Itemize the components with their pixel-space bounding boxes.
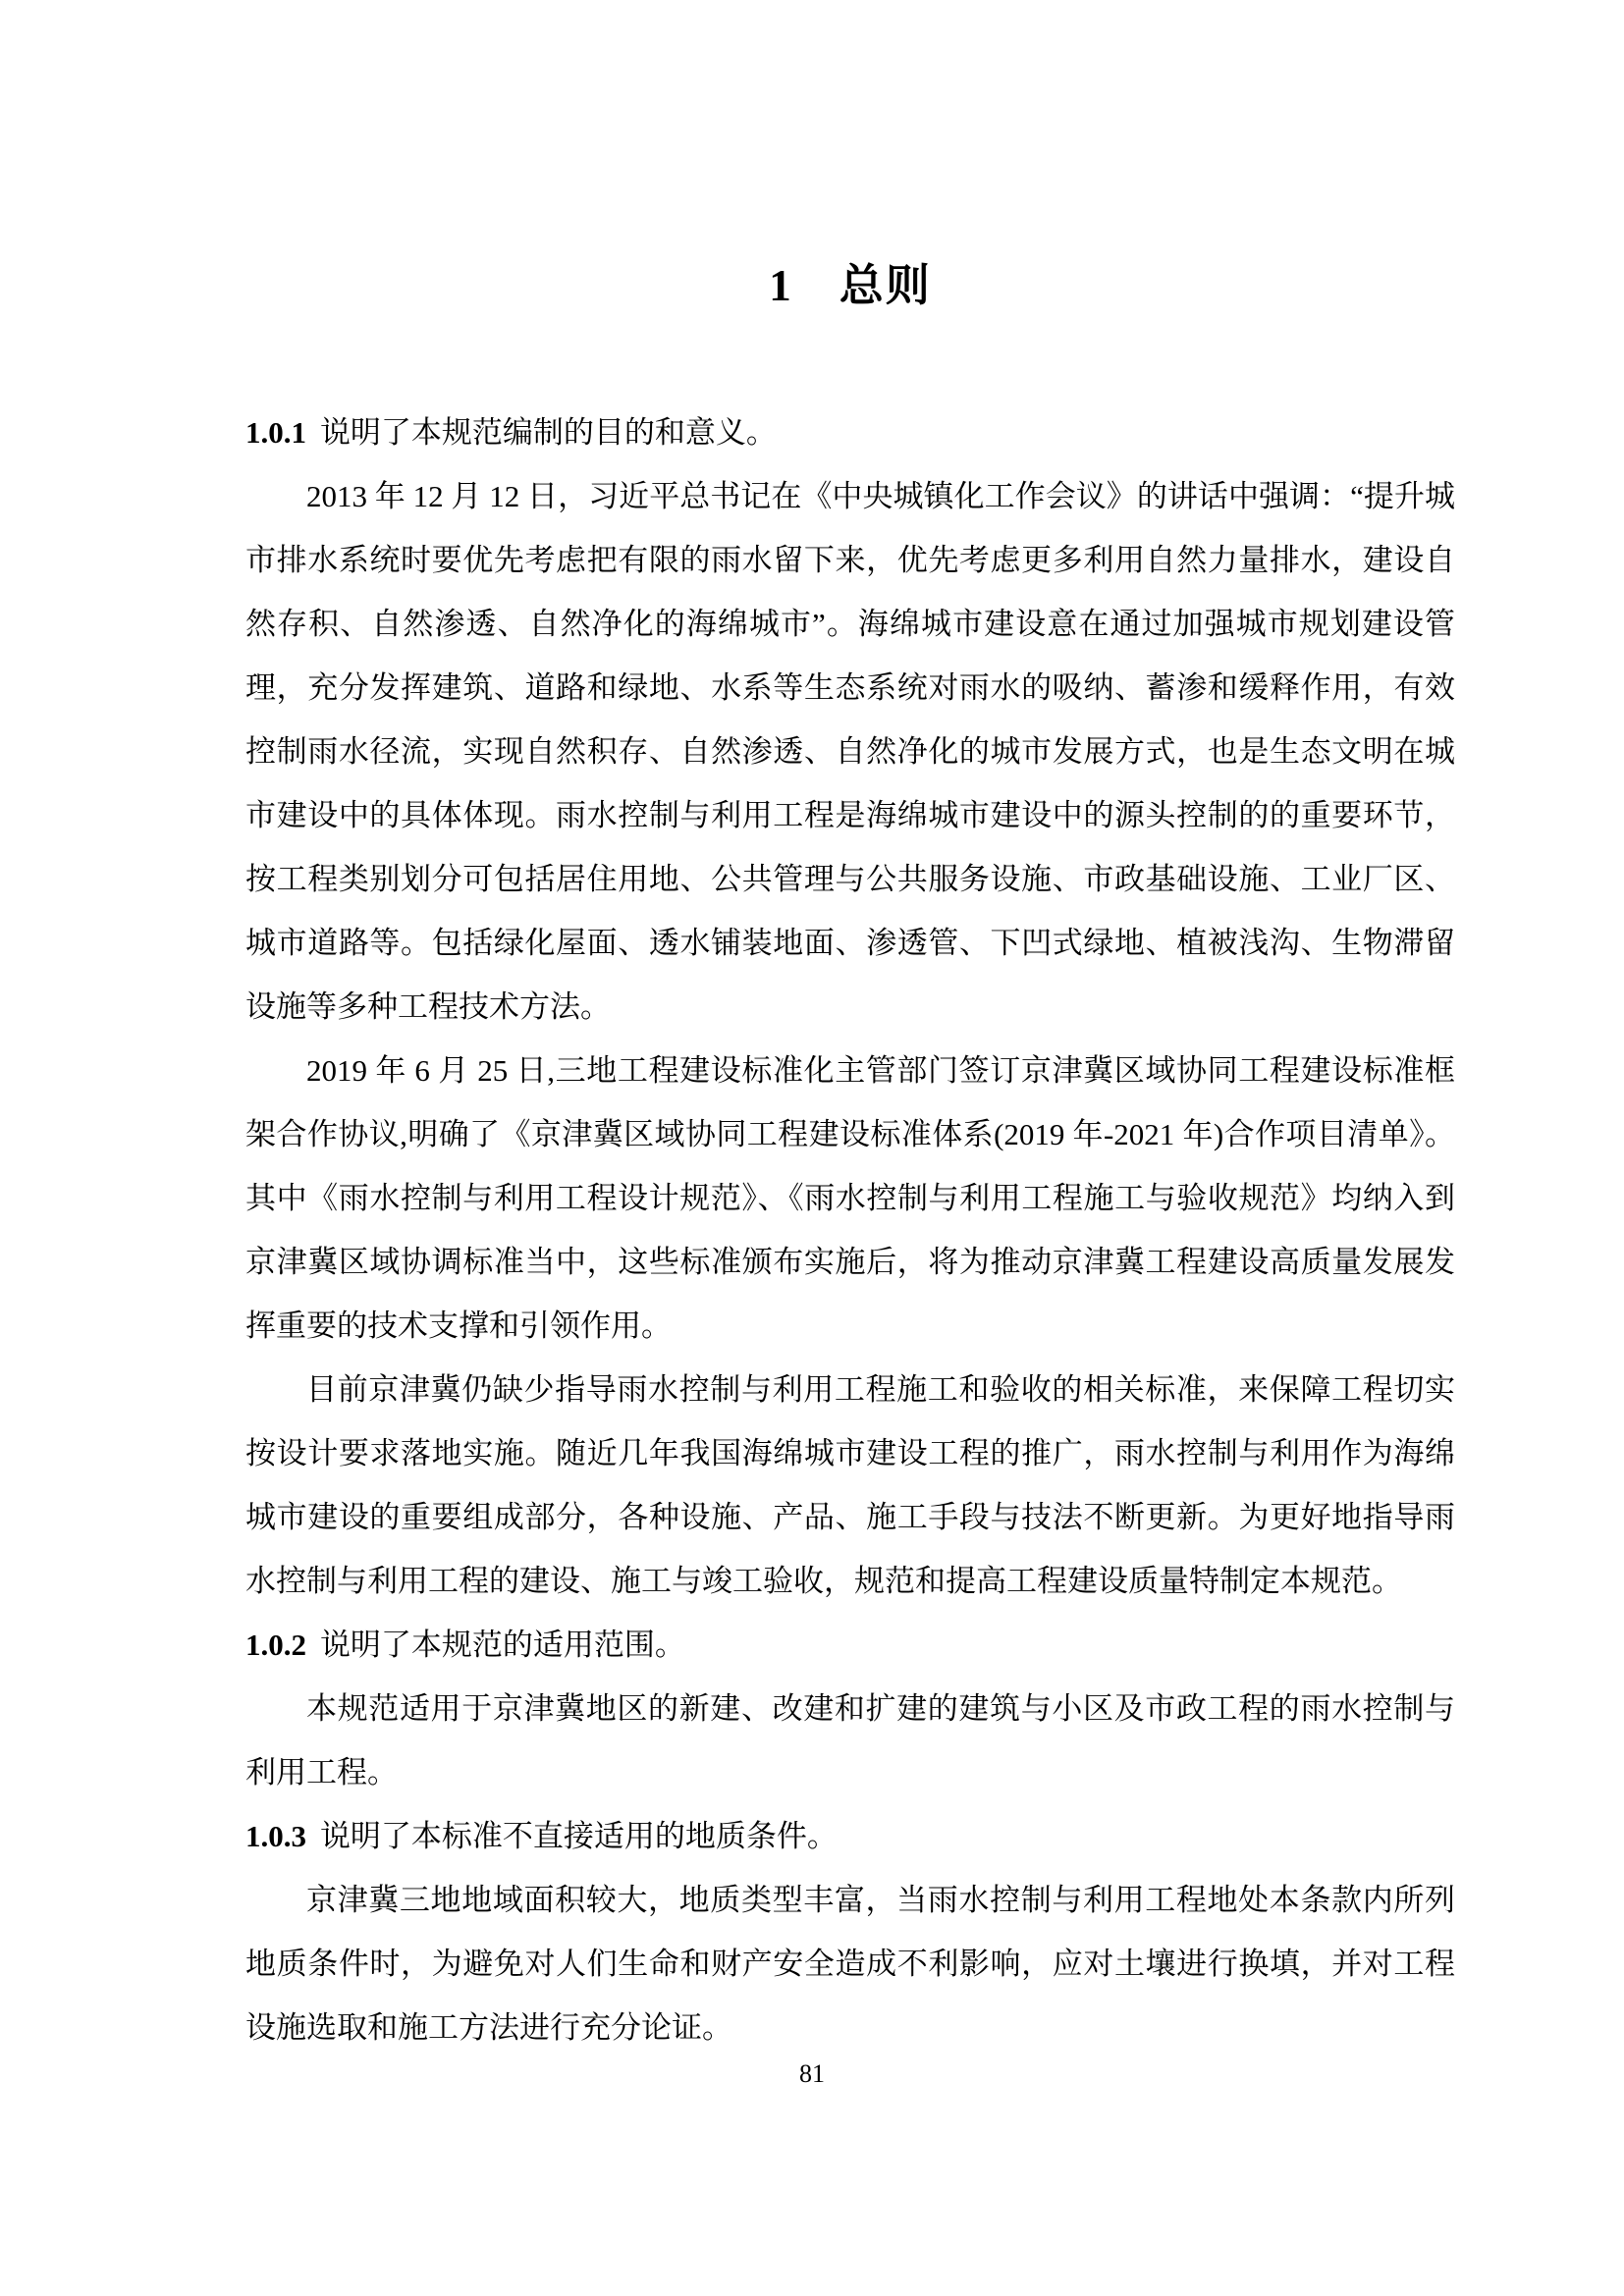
clause-1-0-2-number: 1.0.2 xyxy=(245,1628,306,1662)
clause-1-0-2: 1.0.2说明了本规范的适用范围。 xyxy=(245,1613,1455,1677)
clause-1-0-1: 1.0.1说明了本规范编制的目的和意义。 xyxy=(245,400,1455,464)
page-content: 1 总则 1.0.1说明了本规范编制的目的和意义。 2013 年 12 月 12… xyxy=(245,257,1455,2059)
paragraph-3: 目前京津冀仍缺少指导雨水控制与利用工程施工和验收的相关标准，来保障工程切实按设计… xyxy=(245,1358,1455,1613)
clause-1-0-2-text: 说明了本规范的适用范围。 xyxy=(320,1628,685,1662)
paragraph-2: 2019 年 6 月 25 日,三地工程建设标准化主管部门签订京津冀区域协同工程… xyxy=(245,1039,1455,1358)
page-number: 81 xyxy=(0,2057,1624,2091)
paragraph-5: 京津冀三地地域面积较大，地质类型丰富，当雨水控制与利用工程地处本条款内所列地质条… xyxy=(245,1868,1455,2059)
paragraph-1: 2013 年 12 月 12 日，习近平总书记在《中央城镇化工作会议》的讲话中强… xyxy=(245,464,1455,1039)
document-page: 1 总则 1.0.1说明了本规范编制的目的和意义。 2013 年 12 月 12… xyxy=(0,0,1624,2296)
clause-1-0-3: 1.0.3说明了本标准不直接适用的地质条件。 xyxy=(245,1804,1455,1868)
paragraph-4: 本规范适用于京津冀地区的新建、改建和扩建的建筑与小区及市政工程的雨水控制与利用工… xyxy=(245,1677,1455,1804)
clause-1-0-3-text: 说明了本标准不直接适用的地质条件。 xyxy=(320,1819,838,1853)
clause-1-0-3-number: 1.0.3 xyxy=(245,1819,306,1853)
clause-1-0-1-number: 1.0.1 xyxy=(245,415,306,450)
chapter-title: 1 总则 xyxy=(245,257,1455,314)
clause-1-0-1-text: 说明了本规范编制的目的和意义。 xyxy=(320,415,777,450)
